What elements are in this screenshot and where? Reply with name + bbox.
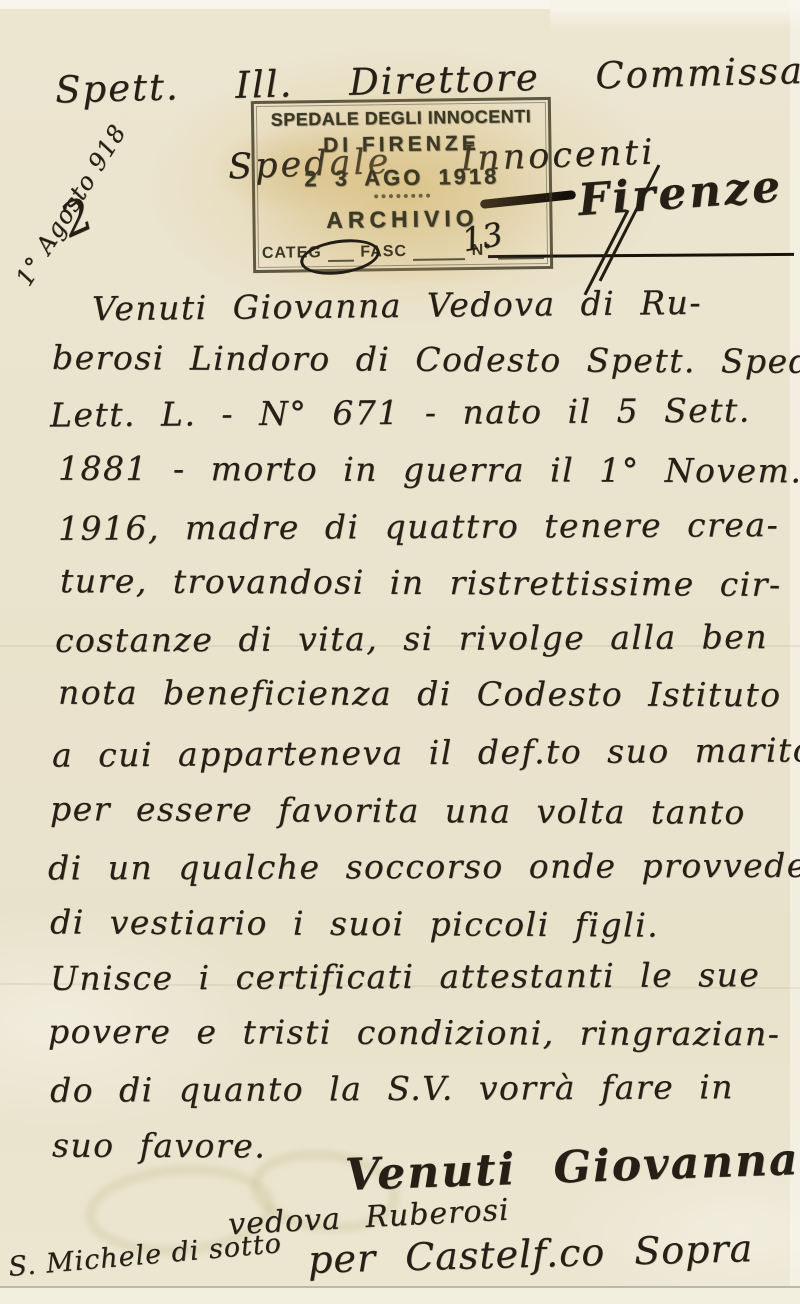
- body-line: Venuti Giovanna Vedova di Ru-: [92, 283, 702, 328]
- scan-edge-bottom: [0, 1286, 800, 1304]
- stamp-date: 2 3 AGO 1918: [304, 164, 499, 193]
- body-line: do di quanto la S.V. vorrà fare in: [50, 1067, 734, 1110]
- margin-date-note: 1° Agosto 918: [10, 81, 156, 291]
- body-line: a cui apparteneva il def.to suo marito: [52, 730, 800, 774]
- body-line: costanze di vita, si rivolge alla ben: [55, 617, 768, 660]
- letter-scan: Spett. Ill. Direttore Commissario Spedal…: [0, 0, 800, 1304]
- registry-number-note: 13: [459, 215, 506, 259]
- body-line: 1916, madre di quattro tenere crea-: [58, 505, 779, 548]
- stamp-date-underline: [374, 194, 430, 199]
- stamp-org-city: DI FIRENZE: [323, 132, 480, 158]
- stamp-org-name: SPEDALE DEGLI INNOCENTI: [271, 106, 532, 131]
- body-line: di un qualche soccorso onde provvedere: [48, 846, 800, 888]
- body-line: povere e tristi condizioni, ringrazian-: [48, 1012, 781, 1054]
- body-line: 1881 - morto in guerra il 1° Novem.: [58, 449, 800, 491]
- archive-stamp: SPEDALE DEGLI INNOCENTI DI FIRENZE 2 3 A…: [251, 97, 553, 273]
- body-line: per essere favorita una volta tanto: [50, 789, 746, 832]
- body-line: suo favore.: [52, 1126, 266, 1166]
- body-line: nota beneficienza di Codesto Istituto: [58, 673, 782, 715]
- body-line: di vestiario i suoi piccoli figli.: [50, 902, 659, 944]
- stamp-blank-fasc: [413, 244, 465, 261]
- scan-edge-top-right: [550, 0, 800, 30]
- scan-edge-right: [790, 0, 800, 1304]
- signature-name: Venuti Giovanna: [344, 1134, 800, 1201]
- body-line: berosi Lindoro di Codesto Spett. Spedale: [52, 338, 800, 381]
- body-line: ture, trovandosi in ristrettissime cir-: [60, 561, 782, 604]
- body-line: Unisce i certificati attestanti le sue: [50, 955, 761, 998]
- stamp-archive-label: ARCHIVIO: [326, 205, 479, 234]
- body-line: Lett. L. - N° 671 - nato il 5 Sett.: [50, 391, 751, 435]
